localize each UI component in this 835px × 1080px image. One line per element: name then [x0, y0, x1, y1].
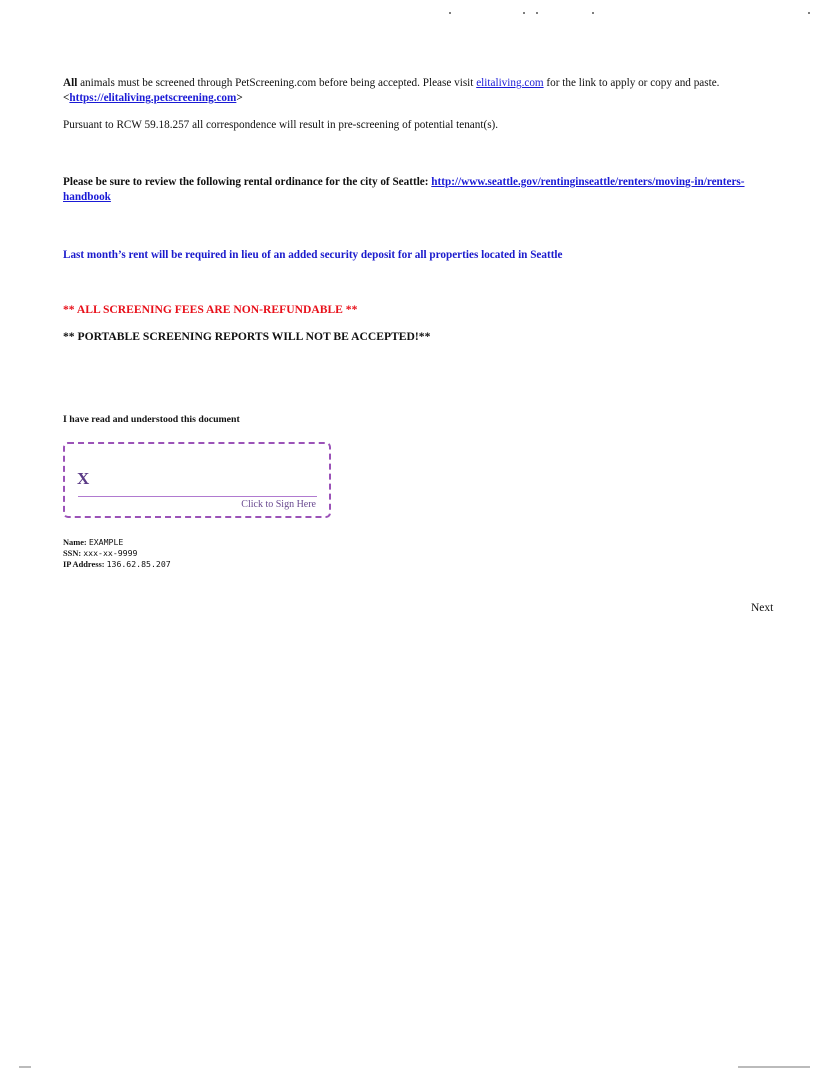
next-button[interactable]: Next	[751, 602, 773, 614]
elitaliving-link[interactable]: elitaliving.com	[476, 77, 543, 89]
signature-box[interactable]: X Click to Sign Here	[63, 442, 331, 518]
url-close-bracket: >	[236, 92, 242, 104]
ip-value: 136.62.85.207	[107, 559, 171, 569]
fees-non-refundable-notice: ** ALL SCREENING FEES ARE NON-REFUNDABLE…	[63, 302, 775, 317]
pet-policy-text: animals must be screened through PetScre…	[77, 77, 476, 89]
portable-reports-notice: ** PORTABLE SCREENING REPORTS WILL NOT B…	[63, 329, 775, 344]
pet-policy-lead: All	[63, 77, 77, 89]
click-to-sign-label: Click to Sign Here	[241, 499, 316, 510]
name-value: EXAMPLE	[89, 537, 124, 547]
acknowledgement-label: I have read and understood this document	[63, 414, 240, 425]
signature-line	[78, 496, 317, 497]
pet-policy-paragraph: All animals must be screened through Pet…	[63, 76, 775, 106]
ordinance-paragraph: Please be sure to review the following r…	[63, 175, 775, 205]
signer-name-row: Name: EXAMPLE	[63, 537, 171, 548]
signature-x-mark: X	[77, 469, 89, 489]
name-label: Name:	[63, 538, 87, 547]
rcw-notice: Pursuant to RCW 59.18.257 all correspond…	[63, 118, 775, 133]
last-month-rent-notice: Last month’s rent will be required in li…	[63, 248, 775, 263]
signer-ip-row: IP Address: 136.62.85.207	[63, 559, 171, 570]
signer-ssn-row: SSN: xxx-xx-9999	[63, 548, 171, 559]
pet-policy-text-2: for the link to apply or copy and paste.	[544, 77, 720, 89]
header-artifact	[0, 10, 835, 16]
ip-label: IP Address:	[63, 560, 105, 569]
footer-artifact	[0, 1066, 835, 1072]
petscreening-link[interactable]: https://elitaliving.petscreening.com	[69, 92, 236, 104]
ordinance-text: Please be sure to review the following r…	[63, 176, 431, 188]
signer-info: Name: EXAMPLE SSN: xxx-xx-9999 IP Addres…	[63, 537, 171, 570]
ssn-label: SSN:	[63, 549, 81, 558]
ssn-value: xxx-xx-9999	[83, 548, 137, 558]
